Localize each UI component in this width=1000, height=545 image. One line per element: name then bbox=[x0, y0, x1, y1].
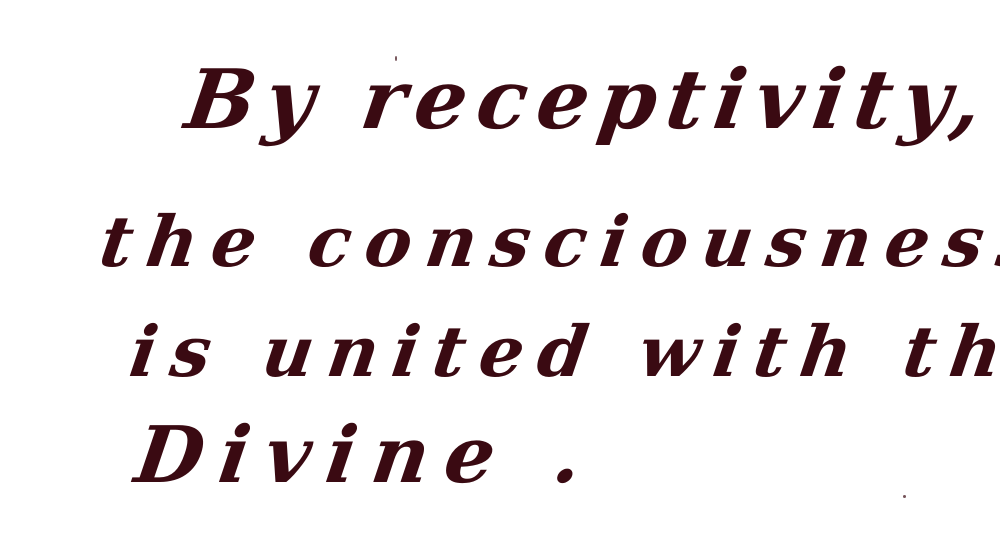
handwritten-page: By receptivity, the consciousness is uni… bbox=[0, 0, 1000, 545]
handwritten-line-2: the consciousness bbox=[95, 200, 1000, 283]
handwritten-line-3: is united with the bbox=[125, 310, 1000, 393]
handwritten-line-4: Divine . bbox=[130, 410, 604, 501]
ink-speck bbox=[395, 56, 397, 61]
ink-speck bbox=[903, 495, 906, 498]
handwritten-line-1: By receptivity, bbox=[180, 52, 998, 148]
